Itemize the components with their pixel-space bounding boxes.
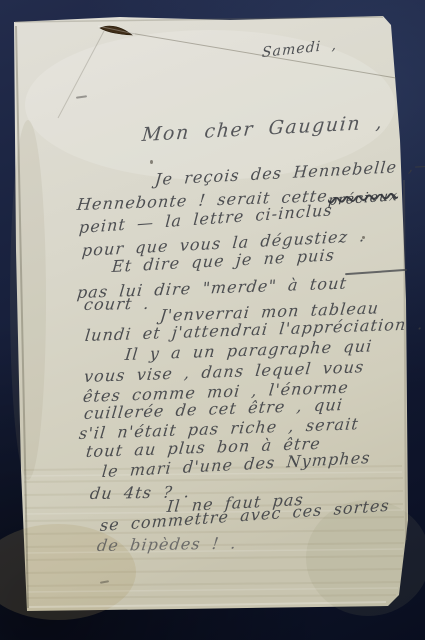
handwriting-line: de bipèdes ! .	[96, 536, 238, 554]
letter-photo: Samedi , Mon cher Gauguin , Je reçois de…	[0, 0, 425, 640]
ink-speck	[150, 160, 153, 164]
ink-speck	[362, 236, 365, 239]
handwriting-line: court .	[83, 296, 151, 313]
paper-stain-left-edge	[10, 120, 46, 480]
paper-highlight	[25, 30, 395, 180]
